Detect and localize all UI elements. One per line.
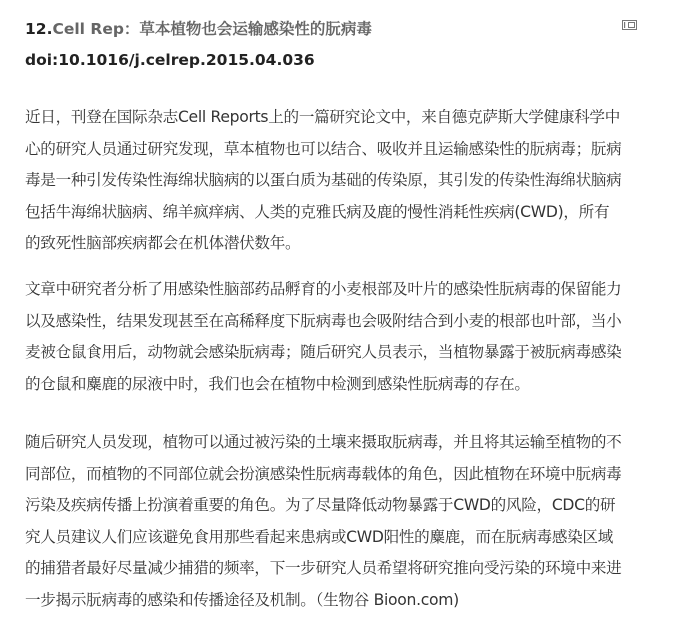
paragraph-line: 的致死性脑部疾病都会在机体潜伏数年。: [25, 228, 661, 260]
paragraph-line: 的捕猎者最好尽量减少捕猎的频率，下一步研究人员希望将研究推向受污染的环境中来进: [25, 553, 661, 585]
paragraph-1: 近日，刊登在国际杂志Cell Reports上的一篇研究论文中，来自德克萨斯大学…: [25, 102, 661, 260]
paragraph-line: 毒是一种引发传染性海绵状脑病的以蛋白质为基础的传染原，其引发的传染性海绵状脑病: [25, 165, 661, 197]
paragraph-line: 心的研究人员通过研究发现，草本植物也可以结合、吸收并且运输感染性的朊病毒；朊病: [25, 134, 661, 166]
paragraph-line: 污染及疾病传播上扮演着重要的角色。为了尽量降低动物暴露于CWD的风险，CDC的研: [25, 490, 661, 522]
article-number: 12.: [25, 20, 52, 38]
paragraph-line: 包括牛海绵状脑病、绵羊疯痒病、人类的克雅氏病及鹿的慢性消耗性疾病(CWD)，所有: [25, 197, 661, 229]
paragraph-line: 近日，刊登在国际杂志Cell Reports上的一篇研究论文中，来自德克萨斯大学…: [25, 102, 661, 134]
paragraph-line: 一步揭示朊病毒的感染和传播途径及机制。（生物谷 Bioon.com): [25, 585, 661, 617]
article-title-link[interactable]: Cell Rep：草本植物也会运输感染性的朊病毒: [52, 20, 371, 38]
paragraph-2: 文章中研究者分析了用感染性脑部药品孵育的小麦根部及叶片的感染性朊病毒的保留能力 …: [25, 274, 661, 400]
article-doi: doi:10.1016/j.celrep.2015.04.036: [25, 49, 315, 71]
paragraph-line: 同部位，而植物的不同部位就会扮演感染性朊病毒载体的角色，因此植物在环境中朊病毒: [25, 459, 661, 491]
paragraph-line: 随后研究人员发现，植物可以通过被污染的土壤来摄取朊病毒，并且将其运输至植物的不: [25, 427, 661, 459]
article-title: 12.Cell Rep：草本植物也会运输感染性的朊病毒: [25, 18, 372, 40]
paragraph-line: 的仓鼠和麋鹿的尿液中时，我们也会在植物中检测到感染性朊病毒的存在。: [25, 369, 661, 401]
paragraph-line: 究人员建议人们应该避免食用那些看起来患病或CWD阳性的麋鹿，而在朊病毒感染区域: [25, 522, 661, 554]
paragraph-3: 随后研究人员发现，植物可以通过被污染的土壤来摄取朊病毒，并且将其运输至植物的不 …: [25, 427, 661, 616]
paragraph-line: 麦被仓鼠食用后，动物就会感染朊病毒；随后研究人员表示，当植物暴露于被朊病毒感染: [25, 337, 661, 369]
paragraph-line: 文章中研究者分析了用感染性脑部药品孵育的小麦根部及叶片的感染性朊病毒的保留能力: [25, 274, 661, 306]
paragraph-line: 以及感染性，结果发现甚至在高稀释度下朊病毒也会吸附结合到小麦的根部也叶部，当小: [25, 306, 661, 338]
reader-mode-icon[interactable]: [622, 20, 637, 30]
